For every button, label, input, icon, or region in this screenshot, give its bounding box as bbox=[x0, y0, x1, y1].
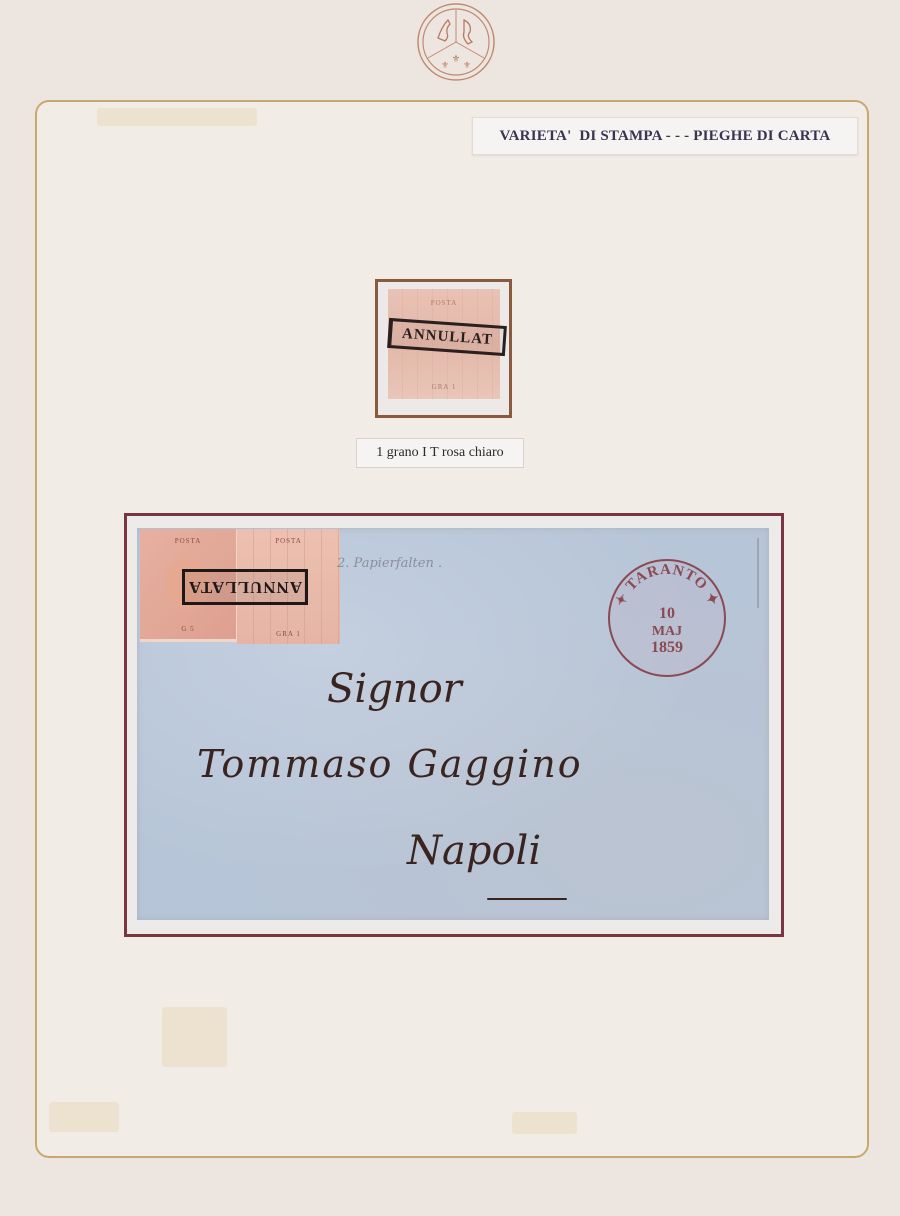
stamp-top-inscription: POSTA bbox=[388, 299, 500, 307]
svg-text:1859: 1859 bbox=[651, 639, 683, 656]
page-title-label: VARIETA' DI STAMPA - - - PIEGHE DI CARTA bbox=[472, 117, 858, 155]
stamp-bottom-inscription: G 5 bbox=[140, 625, 236, 633]
svg-text:10: 10 bbox=[659, 605, 675, 622]
svg-text:⚜: ⚜ bbox=[452, 54, 461, 65]
stamp-top-inscription: POSTA bbox=[140, 537, 236, 545]
stamp-caption: 1 grano I T rosa chiaro bbox=[356, 438, 524, 468]
annullato-cancel: ANNULLATA bbox=[182, 569, 308, 605]
address-name: Tommaso Gaggino bbox=[197, 742, 583, 786]
cover-edge bbox=[757, 538, 759, 608]
crest-emblem-icon: ⚜ ⚜ ⚜ bbox=[416, 2, 496, 82]
stamp-pair: POSTA G 5 POSTA GRA 1 ANNULLATA bbox=[140, 529, 340, 642]
stamp-bottom-inscription: GRA 1 bbox=[237, 630, 340, 638]
single-stamp-mount: POSTA GRA 1 ANNULLAT bbox=[375, 279, 512, 418]
stamp-top-inscription: POSTA bbox=[237, 537, 340, 545]
cover-mount: POSTA G 5 POSTA GRA 1 ANNULLATA 2. Papie… bbox=[124, 513, 784, 937]
address-salutation: Signor bbox=[327, 666, 462, 712]
stamp-bottom-inscription: GRA 1 bbox=[388, 383, 500, 391]
svg-text:⚜: ⚜ bbox=[463, 60, 471, 70]
svg-text:⚜: ⚜ bbox=[441, 60, 449, 70]
postal-cover: POSTA G 5 POSTA GRA 1 ANNULLATA 2. Papie… bbox=[137, 528, 769, 920]
postmark-circle: ✦ TARANTO ✦ 10 MAJ 1859 bbox=[605, 556, 729, 680]
pencil-annotation: 2. Papierfalten . bbox=[337, 556, 442, 571]
svg-text:MAJ: MAJ bbox=[652, 624, 682, 639]
address-underline bbox=[487, 898, 567, 900]
address-city: Napoli bbox=[407, 828, 541, 874]
